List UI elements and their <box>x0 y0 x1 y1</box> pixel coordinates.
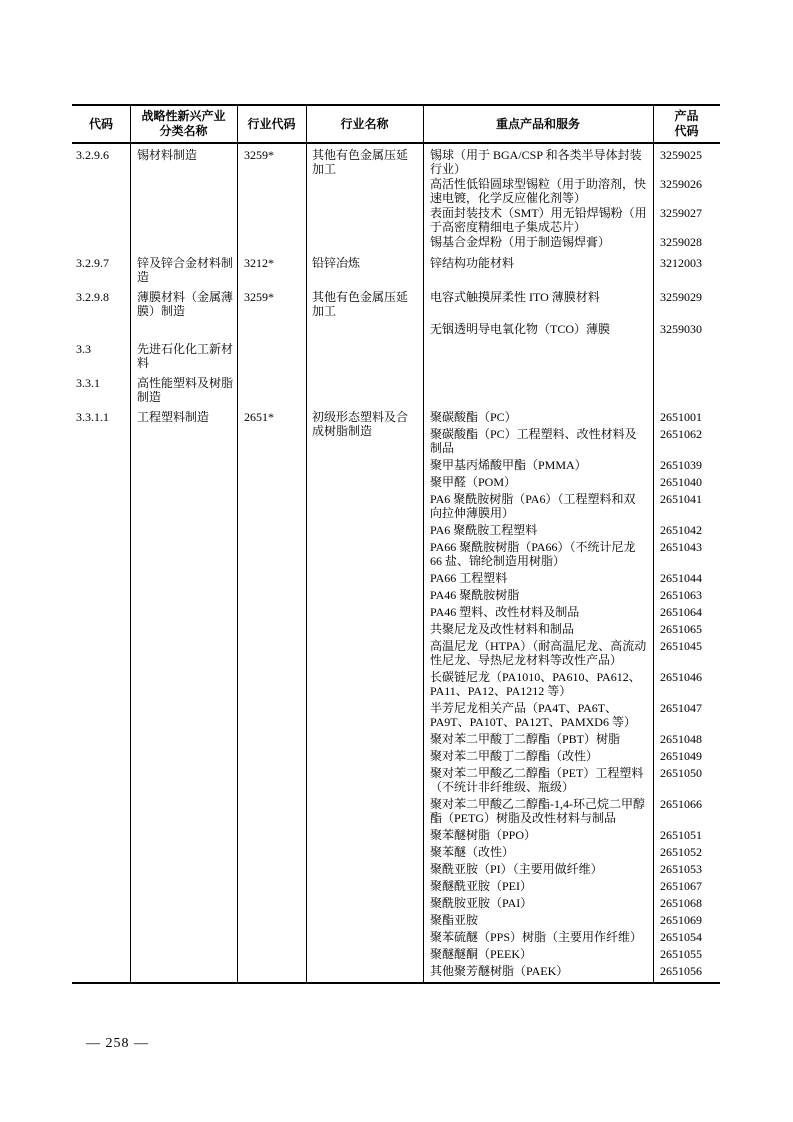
product-row: 聚对苯二甲酸乙二醇酯（PET）工程塑料（不统计非纤维级、瓶级）2651050 <box>423 766 720 794</box>
product-row: 聚醚酰亚胺（PEI）2651067 <box>423 879 720 893</box>
industry-name-cell <box>306 376 423 404</box>
product-code-cell: 3259028 <box>653 235 720 249</box>
header-cell-products: 重点产品和服务 <box>423 106 653 142</box>
products-list: 电容式触摸屏柔性 ITO 薄膜材料3259029无铟透明导电氧化物（TCO）薄膜… <box>423 290 720 336</box>
category-cell: 工程塑料制造 <box>130 410 237 978</box>
product-code-cell: 2651066 <box>653 797 720 825</box>
product-code-cell: 3259026 <box>653 177 720 205</box>
product-name-cell: PA6 聚酰胺工程塑料 <box>423 523 653 537</box>
product-row: 聚苯硫醚（PPS）树脂（主要用作纤维）2651054 <box>423 930 720 944</box>
industry-code-cell: 3259* <box>237 290 306 336</box>
product-name-cell: 高温尼龙（HTPA）（耐高温尼龙、高流动性尼龙、导热尼龙材料等改性产品） <box>423 639 653 667</box>
product-row: 聚苯醚树脂（PPO）2651051 <box>423 828 720 842</box>
table-row: 3.2.9.7锌及锌合金材料制造3212*铅锌冶炼锌结构功能材料3212003 <box>72 252 720 286</box>
products-list <box>423 376 720 404</box>
column-divider <box>653 106 654 982</box>
product-code-cell: 2651069 <box>653 913 720 927</box>
product-code-cell: 2651051 <box>653 828 720 842</box>
table-row: 3.3.1高性能塑料及树脂制造 <box>72 372 720 406</box>
product-row: 锡基合金焊粉（用于制造锡焊膏）3259028 <box>423 235 720 249</box>
product-code-cell: 3259025 <box>653 148 720 176</box>
product-row: 锡球（用于 BGA/CSP 和各类半导体封装行业）3259025 <box>423 148 720 176</box>
document-page: { "page": { "footer": "— 258 —" }, "tabl… <box>0 0 793 1122</box>
product-code-cell: 2651067 <box>653 879 720 893</box>
product-row: 长碳链尼龙（PA1010、PA610、PA612、PA11、PA12、PA121… <box>423 670 720 698</box>
product-row: PA6 聚酰胺工程塑料2651042 <box>423 523 720 537</box>
product-code-cell: 2651046 <box>653 670 720 698</box>
product-name-cell: PA46 塑料、改性材料及制品 <box>423 605 653 619</box>
product-code-cell: 2651043 <box>653 540 720 568</box>
column-divider <box>130 106 131 982</box>
product-row: PA66 聚酰胺树脂（PA66）（不统计尼龙 66 盐、锦纶制造用树脂）2651… <box>423 540 720 568</box>
code-cell: 3.3.1 <box>72 376 130 404</box>
code-cell: 3.2.9.8 <box>72 290 130 336</box>
product-code-cell: 2651062 <box>653 427 720 455</box>
product-name-cell: 聚酰胺亚胺（PAI） <box>423 896 653 910</box>
product-code-cell: 2651040 <box>653 475 720 489</box>
products-list: 聚碳酸酯（PC）2651001聚碳酸酯（PC）工程塑料、改性材料及制品26510… <box>423 410 720 978</box>
product-row: PA6 聚酰胺树脂（PA6）（工程塑料和双向拉伸薄膜用）2651041 <box>423 492 720 520</box>
product-code-cell: 2651063 <box>653 588 720 602</box>
product-name-cell: 电容式触摸屏柔性 ITO 薄膜材料 <box>423 290 653 304</box>
product-name-cell: 锡球（用于 BGA/CSP 和各类半导体封装行业） <box>423 148 653 176</box>
industry-code-cell: 2651* <box>237 410 306 978</box>
products-list: 锌结构功能材料3212003 <box>423 256 720 284</box>
product-name-cell: 聚酰亚胺（PI）（主要用做纤维） <box>423 862 653 876</box>
product-code-cell: 2651064 <box>653 605 720 619</box>
product-name-cell: 锡基合金焊粉（用于制造锡焊膏） <box>423 235 653 249</box>
product-code-cell: 3212003 <box>653 256 720 270</box>
product-name-cell: 聚苯醚（改性） <box>423 845 653 859</box>
product-row: 聚对苯二甲酸乙二醇酯-1,4-环己烷二甲醇酯（PETG）树脂及改性材料与制品26… <box>423 797 720 825</box>
product-name-cell: 聚甲基丙烯酸甲酯（PMMA） <box>423 458 653 472</box>
product-row: PA66 工程塑料2651044 <box>423 571 720 585</box>
code-cell: 3.2.9.6 <box>72 148 130 250</box>
product-code-cell: 2651054 <box>653 930 720 944</box>
product-name-cell: PA66 工程塑料 <box>423 571 653 585</box>
column-divider <box>237 106 238 982</box>
category-cell: 先进石化化工新材料 <box>130 342 237 370</box>
product-code-cell: 2651042 <box>653 523 720 537</box>
product-code-cell: 2651053 <box>653 862 720 876</box>
product-name-cell: 聚苯醚树脂（PPO） <box>423 828 653 842</box>
product-row: 聚甲基丙烯酸甲酯（PMMA）2651039 <box>423 458 720 472</box>
product-code-cell: 3259029 <box>653 290 720 304</box>
product-name-cell: 聚对苯二甲酸乙二醇酯-1,4-环己烷二甲醇酯（PETG）树脂及改性材料与制品 <box>423 797 653 825</box>
category-cell: 薄膜材料（金属薄膜）制造 <box>130 290 237 336</box>
products-list: 锡球（用于 BGA/CSP 和各类半导体封装行业）3259025高活性低铅圆球型… <box>423 148 720 250</box>
table-row: 3.2.9.8薄膜材料（金属薄膜）制造3259*其他有色金属压延加工电容式触摸屏… <box>72 286 720 338</box>
product-row: 聚对苯二甲酸丁二醇酯（PBT）树脂2651048 <box>423 732 720 746</box>
product-name-cell: 共聚尼龙及改性材料和制品 <box>423 622 653 636</box>
product-code-cell: 2651065 <box>653 622 720 636</box>
product-row: 聚酰亚胺（PI）（主要用做纤维）2651053 <box>423 862 720 876</box>
product-name-cell: 半芳尼龙相关产品（PA4T、PA6T、PA9T、PA10T、PA12T、PAMX… <box>423 701 653 729</box>
product-code-cell: 2651052 <box>653 845 720 859</box>
industry-name-cell: 其他有色金属压延加工 <box>306 290 423 336</box>
product-row: 聚对苯二甲酸丁二醇酯（改性）2651049 <box>423 749 720 763</box>
product-row: 高活性低铅圆球型锡粒（用于助溶剂，快速电镀，化学反应催化剂等）3259026 <box>423 177 720 205</box>
classification-table: 代码 战略性新兴产业 分类名称 行业代码 行业名称 重点产品和服务 产品 代码 … <box>72 104 720 984</box>
product-row: 聚苯醚（改性）2651052 <box>423 845 720 859</box>
product-code-cell: 2651068 <box>653 896 720 910</box>
products-list <box>423 342 720 370</box>
product-name-cell: 其他聚芳醚树脂（PAEK） <box>423 964 653 978</box>
header-cell-category: 战略性新兴产业 分类名称 <box>130 106 237 142</box>
product-name-cell: 聚酯亚胺 <box>423 913 653 927</box>
product-row: 共聚尼龙及改性材料和制品2651065 <box>423 622 720 636</box>
product-row: 无铟透明导电氧化物（TCO）薄膜3259030 <box>423 322 720 336</box>
product-name-cell: 聚醚醚酮（PEEK） <box>423 947 653 961</box>
product-name-cell: 聚苯硫醚（PPS）树脂（主要用作纤维） <box>423 930 653 944</box>
product-code-cell: 2651049 <box>653 749 720 763</box>
column-divider <box>423 106 424 982</box>
product-name-cell: 聚碳酸酯（PC） <box>423 410 653 424</box>
product-row: PA46 塑料、改性材料及制品2651064 <box>423 605 720 619</box>
industry-code-cell: 3212* <box>237 256 306 284</box>
code-cell: 3.3 <box>72 342 130 370</box>
product-row: 聚醚醚酮（PEEK）2651055 <box>423 947 720 961</box>
product-row: PA46 聚酰胺树脂2651063 <box>423 588 720 602</box>
product-name-cell: 聚醚酰亚胺（PEI） <box>423 879 653 893</box>
table-body: 3.2.9.6锡材料制造3259*其他有色金属压延加工锡球（用于 BGA/CSP… <box>72 144 720 982</box>
header-cell-industry-code: 行业代码 <box>237 106 306 142</box>
product-row: 其他聚芳醚树脂（PAEK）2651056 <box>423 964 720 978</box>
product-name-cell: 聚对苯二甲酸乙二醇酯（PET）工程塑料（不统计非纤维级、瓶级） <box>423 766 653 794</box>
product-code-cell: 2651056 <box>653 964 720 978</box>
industry-name-cell: 铅锌冶炼 <box>306 256 423 284</box>
category-cell: 高性能塑料及树脂制造 <box>130 376 237 404</box>
product-row: 高温尼龙（HTPA）（耐高温尼龙、高流动性尼龙、导热尼龙材料等改性产品）2651… <box>423 639 720 667</box>
product-name-cell: PA6 聚酰胺树脂（PA6）（工程塑料和双向拉伸薄膜用） <box>423 492 653 520</box>
category-cell: 锡材料制造 <box>130 148 237 250</box>
industry-name-cell: 初级形态塑料及合成树脂制造 <box>306 410 423 978</box>
product-row: 聚酰胺亚胺（PAI）2651068 <box>423 896 720 910</box>
product-name-cell: 表面封装技术（SMT）用无铅焊锡粉（用于高密度精细电子集成芯片） <box>423 206 653 234</box>
code-cell: 3.2.9.7 <box>72 256 130 284</box>
product-name-cell: PA66 聚酰胺树脂（PA66）（不统计尼龙 66 盐、锦纶制造用树脂） <box>423 540 653 568</box>
table-row: 3.2.9.6锡材料制造3259*其他有色金属压延加工锡球（用于 BGA/CSP… <box>72 144 720 252</box>
product-code-cell: 2651045 <box>653 639 720 667</box>
product-row: 表面封装技术（SMT）用无铅焊锡粉（用于高密度精细电子集成芯片）3259027 <box>423 206 720 234</box>
industry-name-cell: 其他有色金属压延加工 <box>306 148 423 250</box>
page-number: — 258 — <box>86 1036 149 1052</box>
product-name-cell: 聚对苯二甲酸丁二醇酯（PBT）树脂 <box>423 732 653 746</box>
product-name-cell: 锌结构功能材料 <box>423 256 653 270</box>
product-row: 电容式触摸屏柔性 ITO 薄膜材料3259029 <box>423 290 720 304</box>
product-code-cell: 2651001 <box>653 410 720 424</box>
table-header-row: 代码 战略性新兴产业 分类名称 行业代码 行业名称 重点产品和服务 产品 代码 <box>72 106 720 144</box>
product-name-cell: 聚甲醛（POM） <box>423 475 653 489</box>
product-code-cell: 2651039 <box>653 458 720 472</box>
product-row: 聚碳酸酯（PC）工程塑料、改性材料及制品2651062 <box>423 427 720 455</box>
product-code-cell: 2651044 <box>653 571 720 585</box>
code-cell: 3.3.1.1 <box>72 410 130 978</box>
product-name-cell: 聚对苯二甲酸丁二醇酯（改性） <box>423 749 653 763</box>
product-code-cell: 2651048 <box>653 732 720 746</box>
table-row: 3.3先进石化化工新材料 <box>72 338 720 372</box>
column-divider <box>306 106 307 982</box>
industry-name-cell <box>306 342 423 370</box>
product-name-cell: 长碳链尼龙（PA1010、PA610、PA612、PA11、PA12、PA121… <box>423 670 653 698</box>
header-cell-industry-name: 行业名称 <box>306 106 423 142</box>
header-cell-product-code: 产品 代码 <box>653 106 720 142</box>
product-name-cell: PA46 聚酰胺树脂 <box>423 588 653 602</box>
product-name-cell: 无铟透明导电氧化物（TCO）薄膜 <box>423 322 653 336</box>
product-name-cell: 高活性低铅圆球型锡粒（用于助溶剂，快速电镀，化学反应催化剂等） <box>423 177 653 205</box>
category-cell: 锌及锌合金材料制造 <box>130 256 237 284</box>
industry-code-cell <box>237 376 306 404</box>
product-row: 聚酯亚胺2651069 <box>423 913 720 927</box>
product-row: 半芳尼龙相关产品（PA4T、PA6T、PA9T、PA10T、PA12T、PAMX… <box>423 701 720 729</box>
industry-code-cell <box>237 342 306 370</box>
product-code-cell: 2651055 <box>653 947 720 961</box>
industry-code-cell: 3259* <box>237 148 306 250</box>
product-code-cell: 2651050 <box>653 766 720 794</box>
product-row: 聚甲醛（POM）2651040 <box>423 475 720 489</box>
header-cell-code: 代码 <box>72 106 130 142</box>
product-code-cell: 3259030 <box>653 322 720 336</box>
product-code-cell: 3259027 <box>653 206 720 234</box>
product-name-cell: 聚碳酸酯（PC）工程塑料、改性材料及制品 <box>423 427 653 455</box>
product-code-cell: 2651047 <box>653 701 720 729</box>
product-code-cell: 2651041 <box>653 492 720 520</box>
table-row: 3.3.1.1工程塑料制造2651*初级形态塑料及合成树脂制造聚碳酸酯（PC）2… <box>72 406 720 980</box>
product-row: 锌结构功能材料3212003 <box>423 256 720 270</box>
product-row: 聚碳酸酯（PC）2651001 <box>423 410 720 424</box>
